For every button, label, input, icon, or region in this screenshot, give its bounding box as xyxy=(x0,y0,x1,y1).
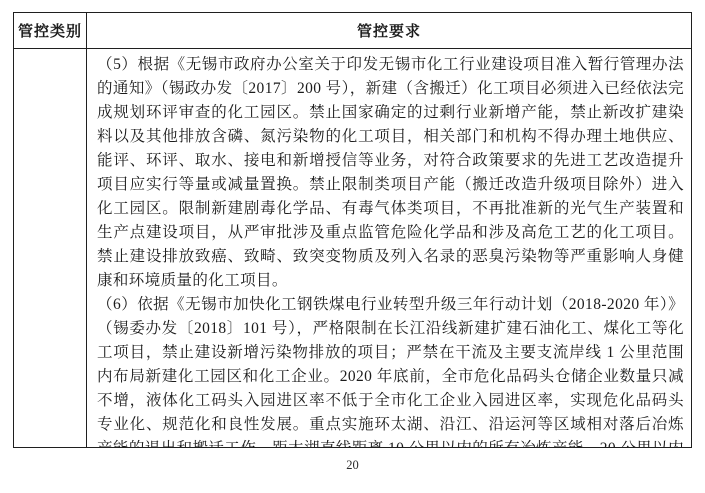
control-requirements-table: 管控类别 管控要求 （5）根据《无锡市政府办公室关于印发无锡市化工行业建设项目准… xyxy=(13,12,692,448)
document-page: 管控类别 管控要求 （5）根据《无锡市政府办公室关于印发无锡市化工行业建设项目准… xyxy=(0,0,705,493)
header-cell-requirement: 管控要求 xyxy=(87,13,691,49)
page-number: 20 xyxy=(0,458,705,473)
requirement-paragraph-5: （5）根据《无锡市政府办公室关于印发无锡市化工行业建设项目准入暂行管理办法的通知… xyxy=(97,53,684,293)
body-cell-category xyxy=(14,49,87,447)
requirement-paragraph-6: （6）依据《无锡市加快化工钢铁煤电行业转型升级三年行动计划（2018-2020 … xyxy=(97,293,684,447)
body-cell-requirements: （5）根据《无锡市政府办公室关于印发无锡市化工行业建设项目准入暂行管理办法的通知… xyxy=(87,49,691,447)
header-cell-category: 管控类别 xyxy=(14,13,87,49)
